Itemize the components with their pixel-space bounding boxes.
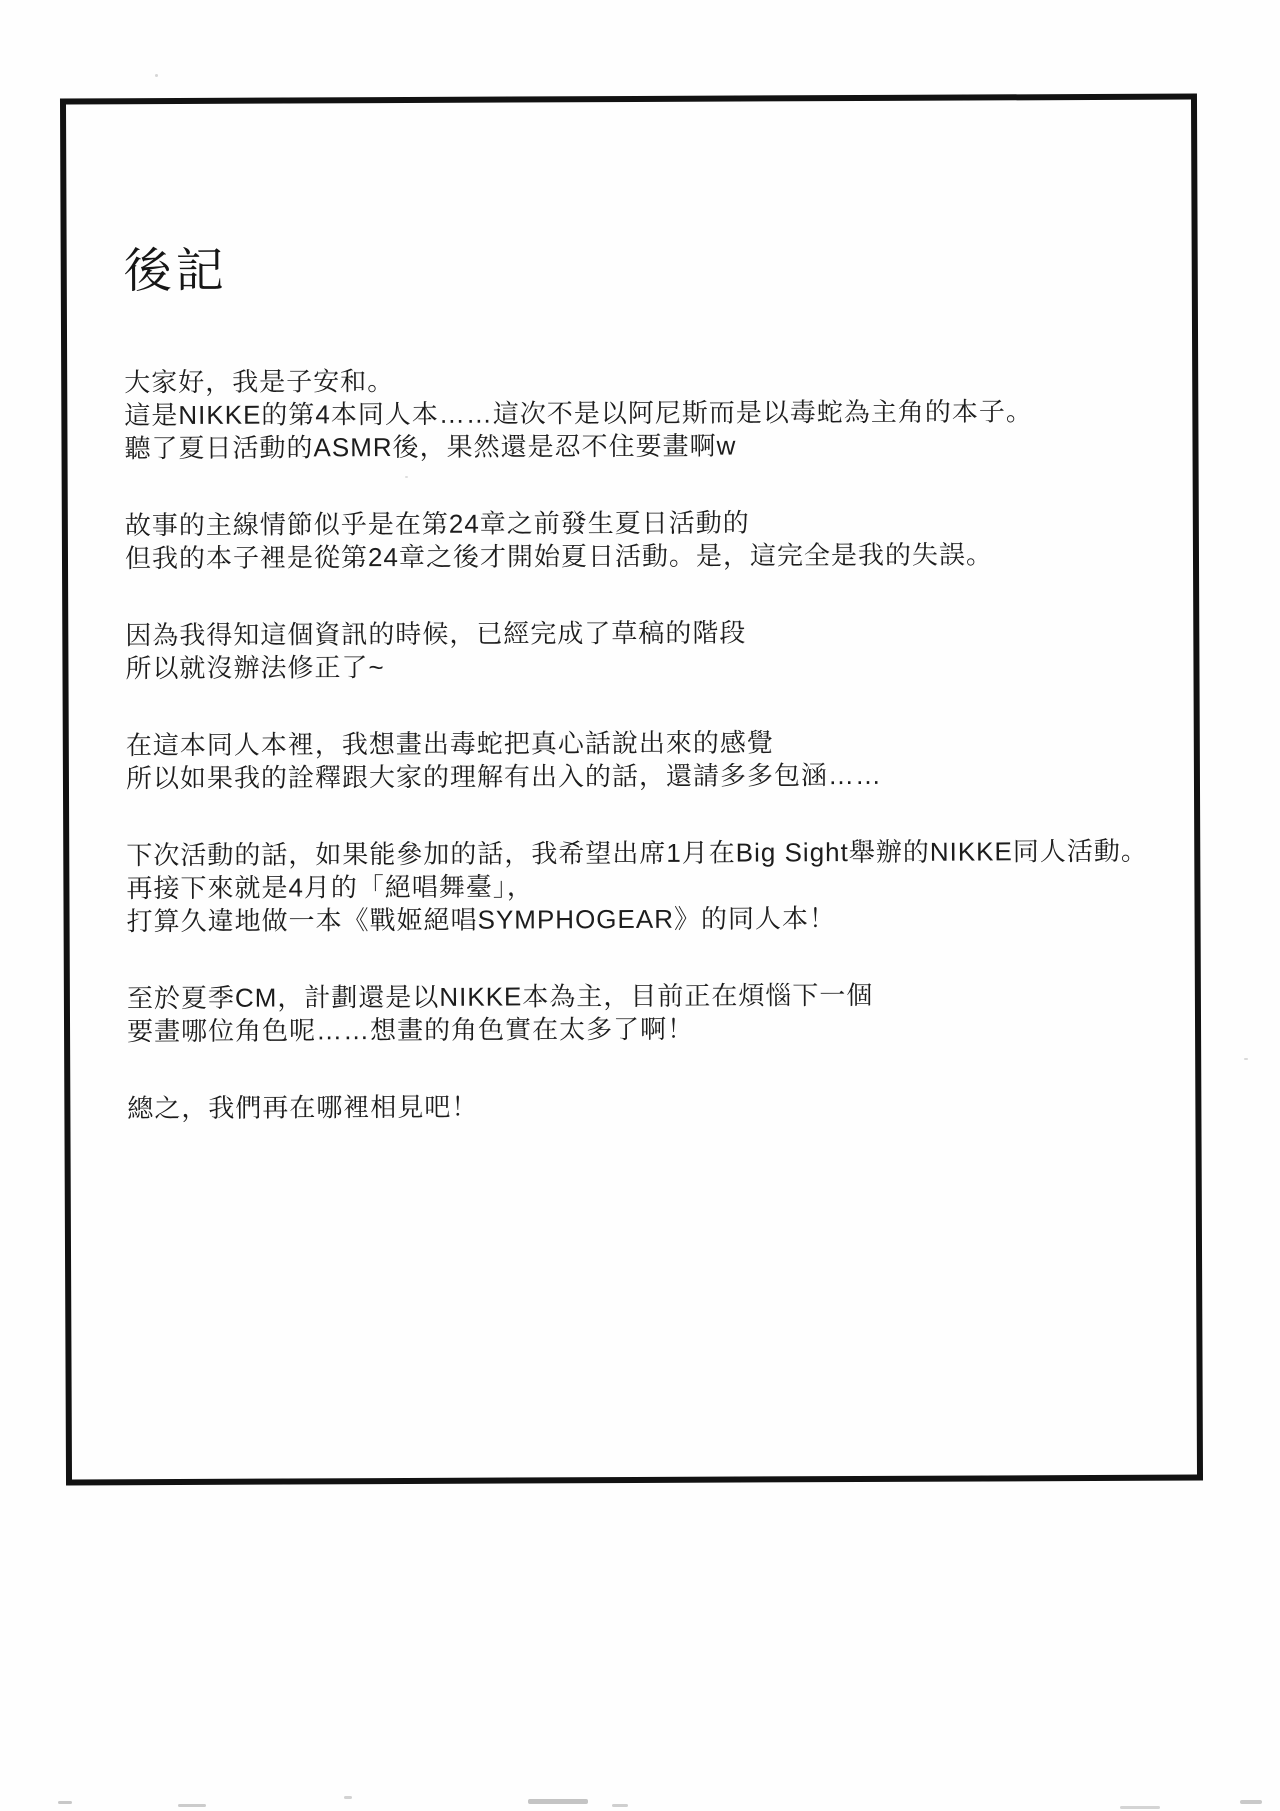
text-line: 在這本同人本裡，我想畫出毒蛇把真心話說出來的感覺 [126,725,1154,762]
text-line: 聽了夏日活動的ASMR後，果然還是忍不住要畫啊w [124,428,1152,465]
text-line: 所以如果我的詮釋跟大家的理解有出入的話，還請多多包涵…… [126,758,1154,795]
scan-artifact [1244,1058,1248,1060]
text-line: 總之，我們再在哪裡相見吧！ [127,1088,1155,1125]
scan-artifact [405,476,408,478]
scan-artifact [612,1804,628,1807]
text-line: 再接下來就是4月的「絕唱舞臺」， [126,868,1154,905]
paragraph: 總之，我們再在哪裡相見吧！ [127,1088,1155,1125]
text-line: 因為我得知這個資訊的時候，已經完成了草稿的階段 [125,615,1153,652]
text-line: 所以就沒辦法修正了~ [125,648,1153,685]
scanned-page: 後記 大家好，我是子安和。這是NIKKE的第4本同人本……這次不是以阿尼斯而是以… [0,0,1280,1811]
scan-artifact [155,74,158,77]
paragraph: 因為我得知這個資訊的時候，已經完成了草稿的階段所以就沒辦法修正了~ [125,615,1153,685]
text-line: 至於夏季CM，計劃還是以NIKKE本為主，目前正在煩惱下一個 [127,978,1155,1015]
paragraph: 至於夏季CM，計劃還是以NIKKE本為主，目前正在煩惱下一個要畫哪位角色呢……想… [127,978,1155,1048]
text-line: 這是NIKKE的第4本同人本……這次不是以阿尼斯而是以毒蛇為主角的本子。 [124,395,1152,432]
text-line: 但我的本子裡是從第24章之後才開始夏日活動。是，這完全是我的失誤。 [125,538,1153,575]
afterword-text: 大家好，我是子安和。這是NIKKE的第4本同人本……這次不是以阿尼斯而是以毒蛇為… [124,362,1155,1169]
scan-artifact [1240,1800,1262,1804]
paragraph: 故事的主線情節似乎是在第24章之前發生夏日活動的但我的本子裡是從第24章之後才開… [125,505,1153,575]
scan-artifact [178,1804,206,1807]
text-line: 要畫哪位角色呢……想畫的角色實在太多了啊！ [127,1011,1155,1048]
page-border-frame: 後記 大家好，我是子安和。這是NIKKE的第4本同人本……這次不是以阿尼斯而是以… [60,94,1203,1486]
scan-artifact [344,1796,352,1799]
paragraph: 大家好，我是子安和。這是NIKKE的第4本同人本……這次不是以阿尼斯而是以毒蛇為… [124,362,1152,465]
text-line: 大家好，我是子安和。 [124,362,1152,399]
paragraph: 下次活動的話，如果能參加的話，我希望出席1月在Big Sight舉辦的NIKKE… [126,835,1154,938]
scan-artifact [1120,1806,1160,1809]
scan-artifact [528,1799,588,1804]
paragraph: 在這本同人本裡，我想畫出毒蛇把真心話說出來的感覺所以如果我的詮釋跟大家的理解有出… [126,725,1154,795]
text-line: 下次活動的話，如果能參加的話，我希望出席1月在Big Sight舉辦的NIKKE… [126,835,1154,872]
text-line: 打算久違地做一本《戰姬絕唱SYMPHOGEAR》的同人本！ [127,901,1155,938]
scan-artifact [58,1801,72,1804]
page-title: 後記 [124,232,228,301]
text-line: 故事的主線情節似乎是在第24章之前發生夏日活動的 [125,505,1153,542]
